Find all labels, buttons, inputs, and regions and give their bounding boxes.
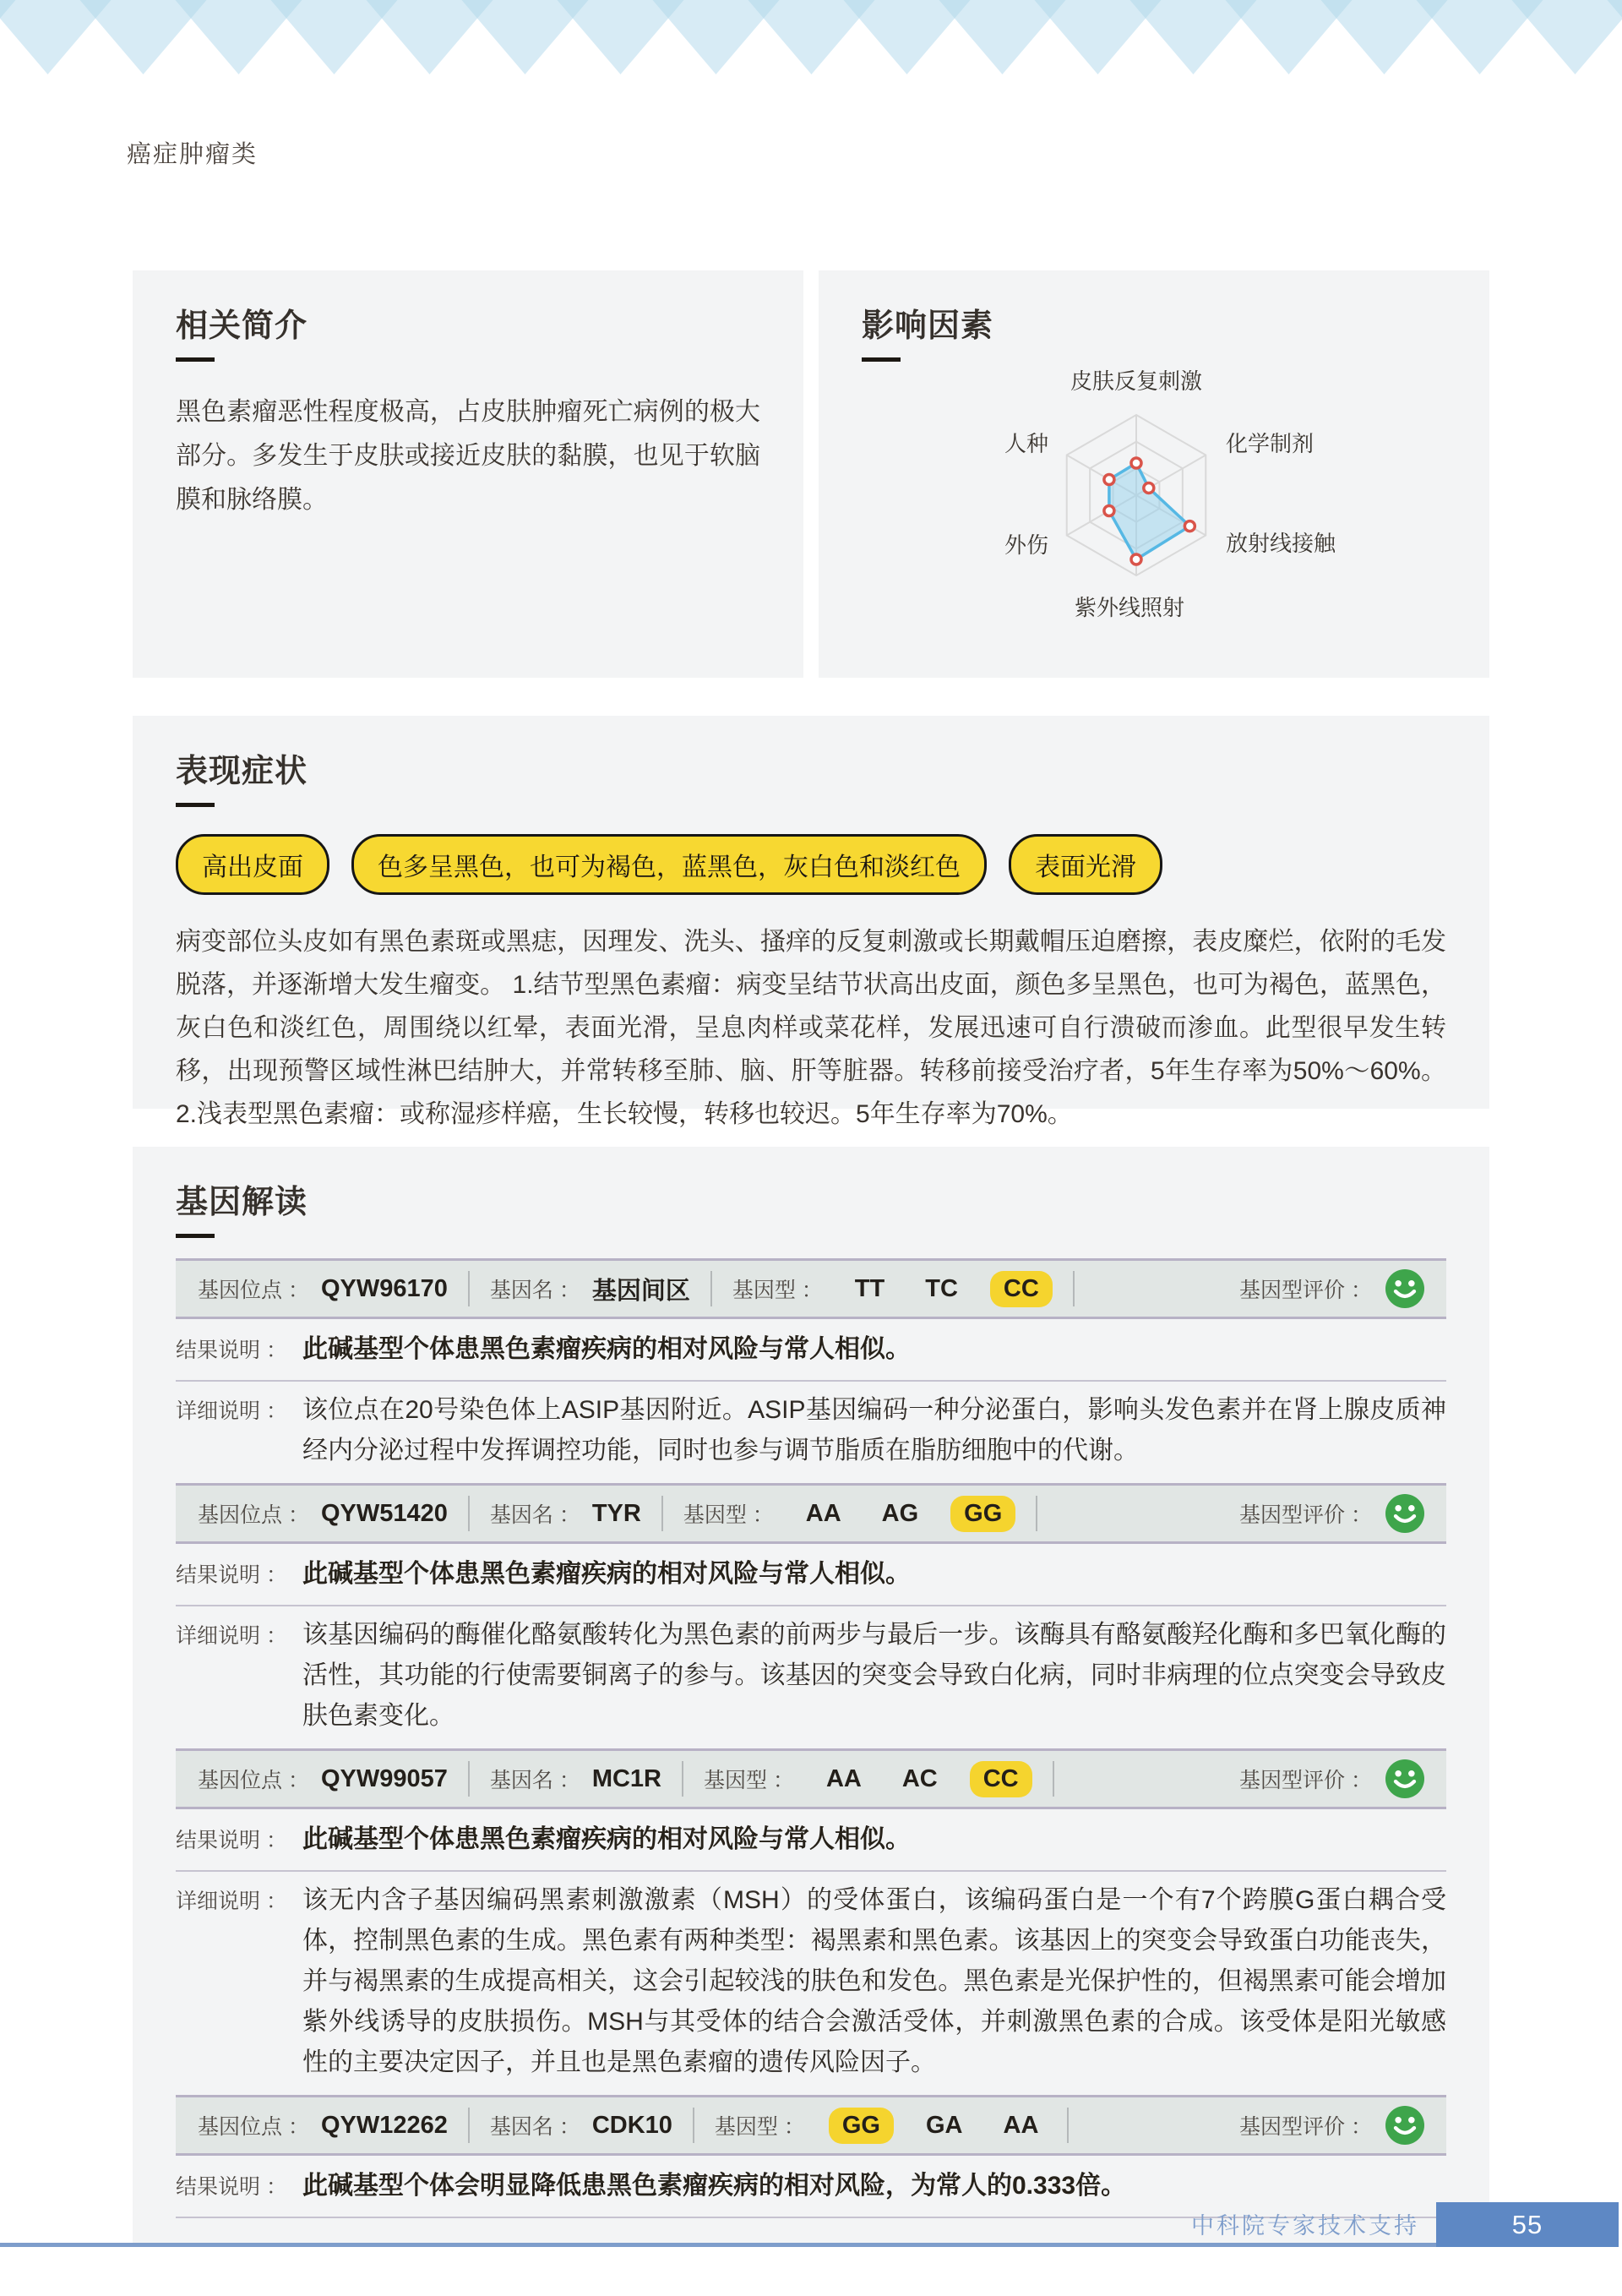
page-number-box: 55: [1436, 2202, 1619, 2247]
detail-row: 详细说明 ： 该基因编码的酶催化酪氨酸转化为黑色素的前两步与最后一步。该酶具有酪…: [176, 1606, 1446, 1748]
symptom-badge: 高出皮面: [176, 834, 329, 895]
genotype-evaluation: 基因型评价 ：: [1239, 1494, 1424, 1533]
vertical-divider: [468, 1761, 470, 1797]
genotype-option: AC: [894, 1761, 946, 1797]
vertical-divider: [1053, 1761, 1054, 1797]
detail-label: 详细说明 ：: [176, 1880, 302, 1915]
page-number: 55: [1512, 2210, 1543, 2240]
genotype-option: AA: [995, 2108, 1048, 2144]
radar-label-ethnicity: 人种: [1004, 431, 1048, 456]
radar-label-skin-irritation: 皮肤反复刺激: [1070, 368, 1202, 394]
genotype-option: CC: [970, 1761, 1032, 1797]
symptoms-title: 表现症状: [176, 744, 1446, 791]
detail-text: 该位点在20号染色体上ASIP基因附近。ASIP基因编码一种分泌蛋白，影响头发色…: [302, 1390, 1446, 1471]
radar-chart-wrap: 皮肤反复刺激 化学制剂 放射线接触 紫外线照射 外伤 人种: [900, 352, 1423, 639]
radar-label-trauma: 外伤: [1004, 532, 1048, 558]
radar-label-radiation-contact: 放射线接触: [1226, 531, 1336, 556]
gene-header-row: 基因位点 ： QYW51420 基因名 ： TYR 基因型 ： AA AG GG…: [176, 1483, 1446, 1544]
gene-name-label: 基因名 ：: [490, 1498, 580, 1529]
detail-label: 详细说明 ：: [176, 1615, 302, 1650]
symptom-badge: 表面光滑: [1009, 834, 1162, 895]
gene-header-row: 基因位点 ： QYW96170 基因名 ： 基因间区 基因型 ： TT TC C…: [176, 1258, 1446, 1319]
vertical-divider: [693, 2108, 694, 2143]
genotype-evaluation: 基因型评价 ：: [1239, 1759, 1424, 1798]
locus-value: QYW96170: [321, 1275, 448, 1303]
gene-entry: 基因位点 ： QYW99057 基因名 ： MC1R 基因型 ： AA AC C…: [176, 1748, 1446, 2095]
genotype-option: GG: [829, 2108, 894, 2144]
title-underline: [176, 1234, 215, 1238]
result-row: 结果说明 ： 此碱基型个体患黑色素瘤疾病的相对风险与常人相似。: [176, 1544, 1446, 1605]
result-label: 结果说明 ：: [176, 1819, 302, 1854]
genotype-label: 基因型 ：: [715, 2110, 805, 2141]
radar-data-shape: [1109, 463, 1189, 559]
radar-chart: 皮肤反复刺激 化学制剂 放射线接触 紫外线照射 外伤 人种: [900, 352, 1423, 639]
title-underline: [176, 357, 215, 362]
genotype-option: AA: [818, 1761, 870, 1797]
result-label: 结果说明 ：: [176, 2166, 302, 2201]
title-underline: [862, 357, 901, 362]
detail-row: 详细说明 ： 该无内含子基因编码黑素刺激激素（MSH）的受体蛋白，该编码蛋白是一…: [176, 1872, 1446, 2095]
symptom-badges: 高出皮面 色多呈黑色，也可为褐色，蓝黑色，灰白色和淡红色 表面光滑: [176, 834, 1446, 895]
smiley-positive-icon: [1385, 2106, 1424, 2145]
locus-value: QYW51420: [321, 1500, 448, 1528]
gene-name-label: 基因名 ：: [490, 1273, 580, 1304]
gene-name-value: CDK10: [592, 2112, 672, 2140]
gene-name-value: 基因间区: [592, 1272, 690, 1306]
evaluation-label: 基因型评价 ：: [1239, 2110, 1372, 2141]
vertical-divider: [682, 1761, 683, 1797]
intro-text: 黑色素瘤恶性程度极高，占皮肤肿瘤死亡病例的极大部分。多发生于皮肤或接近皮肤的黏膜…: [176, 390, 760, 522]
genes-title: 基因解读: [176, 1175, 1446, 1222]
detail-row: 详细说明 ： 该位点在20号染色体上ASIP基因附近。ASIP基因编码一种分泌蛋…: [176, 1382, 1446, 1483]
locus-label: 基因位点 ：: [198, 1498, 309, 1529]
gene-entry: 基因位点 ： QYW96170 基因名 ： 基因间区 基因型 ： TT TC C…: [176, 1258, 1446, 1483]
genotype-label: 基因型 ：: [683, 1498, 774, 1529]
smiley-positive-icon: [1385, 1269, 1424, 1308]
genotype-option: CC: [990, 1271, 1053, 1307]
evaluation-label: 基因型评价 ：: [1239, 1498, 1372, 1529]
detail-label: 详细说明 ：: [176, 1390, 302, 1425]
title-underline: [176, 803, 215, 807]
result-text: 此碱基型个体患黑色素瘤疾病的相对风险与常人相似。: [302, 1329, 911, 1370]
evaluation-label: 基因型评价 ：: [1239, 1273, 1372, 1304]
intro-title: 相关简介: [176, 299, 760, 346]
genotype-label: 基因型 ：: [732, 1273, 823, 1304]
intro-panel: 相关简介 黑色素瘤恶性程度极高，占皮肤肿瘤死亡病例的极大部分。多发生于皮肤或接近…: [133, 270, 803, 678]
symptom-description: 病变部位头皮如有黑色素斑或黑痣，因理发、洗头、搔痒的反复刺激或长期戴帽压迫磨擦，…: [176, 920, 1446, 1136]
result-label: 结果说明 ：: [176, 1554, 302, 1589]
top-zigzag-pattern: [0, 0, 1622, 78]
result-row: 结果说明 ： 此碱基型个体患黑色素瘤疾病的相对风险与常人相似。: [176, 1809, 1446, 1870]
genotype-option: TC: [917, 1271, 966, 1307]
factors-panel: 影响因素 皮肤反复刺激 化学制剂 放射线接触 紫外线照射 外伤 人种: [819, 270, 1489, 678]
vertical-divider: [468, 1496, 470, 1531]
symptoms-panel: 表现症状 高出皮面 色多呈黑色，也可为褐色，蓝黑色，灰白色和淡红色 表面光滑 病…: [133, 716, 1489, 1109]
genotype-option: AG: [874, 1496, 928, 1532]
gene-entry: 基因位点 ： QYW12262 基因名 ： CDK10 基因型 ： GG GA …: [176, 2095, 1446, 2218]
genotype-evaluation: 基因型评价 ：: [1239, 2106, 1424, 2145]
smiley-positive-icon: [1385, 1494, 1424, 1533]
gene-list: 基因位点 ： QYW96170 基因名 ： 基因间区 基因型 ： TT TC C…: [176, 1258, 1446, 2218]
genotype-option: TT: [846, 1271, 893, 1307]
gene-name-value: TYR: [592, 1500, 641, 1528]
footer-line: [0, 2243, 1436, 2247]
locus-label: 基因位点 ：: [198, 2110, 309, 2141]
vertical-divider: [661, 1496, 663, 1531]
smiley-positive-icon: [1385, 1759, 1424, 1798]
gene-name-value: MC1R: [592, 1765, 661, 1793]
footer-support-text: 中科院专家技术支持: [1191, 2207, 1419, 2240]
radar-label-uv-exposure: 紫外线照射: [1075, 595, 1184, 620]
vertical-divider: [468, 2108, 470, 2143]
vertical-divider: [1067, 2108, 1069, 2143]
vertical-divider: [1036, 1496, 1037, 1531]
genotype-option: AA: [797, 1496, 850, 1532]
locus-label: 基因位点 ：: [198, 1764, 309, 1794]
locus-label: 基因位点 ：: [198, 1273, 309, 1304]
gene-header-row: 基因位点 ： QYW99057 基因名 ： MC1R 基因型 ： AA AC C…: [176, 1748, 1446, 1809]
genotype-label: 基因型 ：: [704, 1764, 794, 1794]
result-text: 此碱基型个体患黑色素瘤疾病的相对风险与常人相似。: [302, 1819, 911, 1860]
result-text: 此碱基型个体患黑色素瘤疾病的相对风险与常人相似。: [302, 1554, 911, 1595]
locus-value: QYW12262: [321, 2112, 448, 2140]
gene-name-label: 基因名 ：: [490, 2110, 580, 2141]
symptom-badge: 色多呈黑色，也可为褐色，蓝黑色，灰白色和淡红色: [351, 834, 987, 895]
genotype-evaluation: 基因型评价 ：: [1239, 1269, 1424, 1308]
gene-name-label: 基因名 ：: [490, 1764, 580, 1794]
result-text: 此碱基型个体会明显降低患黑色素瘤疾病的相对风险，为常人的0.333倍。: [302, 2166, 1126, 2206]
breadcrumb: 癌症肿瘤类: [127, 135, 258, 170]
result-row: 结果说明 ： 此碱基型个体患黑色素瘤疾病的相对风险与常人相似。: [176, 1319, 1446, 1380]
vertical-divider: [1073, 1271, 1075, 1306]
detail-text: 该无内含子基因编码黑素刺激激素（MSH）的受体蛋白，该编码蛋白是一个有7个跨膜G…: [302, 1880, 1446, 2083]
genotype-option: GA: [917, 2108, 972, 2144]
gene-entry: 基因位点 ： QYW51420 基因名 ： TYR 基因型 ： AA AG GG…: [176, 1483, 1446, 1748]
evaluation-label: 基因型评价 ：: [1239, 1764, 1372, 1794]
genotype-option: GG: [950, 1496, 1015, 1532]
vertical-divider: [710, 1271, 712, 1306]
radar-label-chemical-agents: 化学制剂: [1226, 431, 1314, 456]
result-label: 结果说明 ：: [176, 1329, 302, 1364]
locus-value: QYW99057: [321, 1765, 448, 1793]
gene-header-row: 基因位点 ： QYW12262 基因名 ： CDK10 基因型 ： GG GA …: [176, 2095, 1446, 2156]
factors-title: 影响因素: [862, 299, 1446, 346]
detail-text: 该基因编码的酶催化酪氨酸转化为黑色素的前两步与最后一步。该酶具有酪氨酸羟化酶和多…: [302, 1615, 1446, 1737]
genes-panel: 基因解读 基因位点 ： QYW96170 基因名 ： 基因间区 基因型 ： TT…: [133, 1147, 1489, 2244]
vertical-divider: [468, 1271, 470, 1306]
